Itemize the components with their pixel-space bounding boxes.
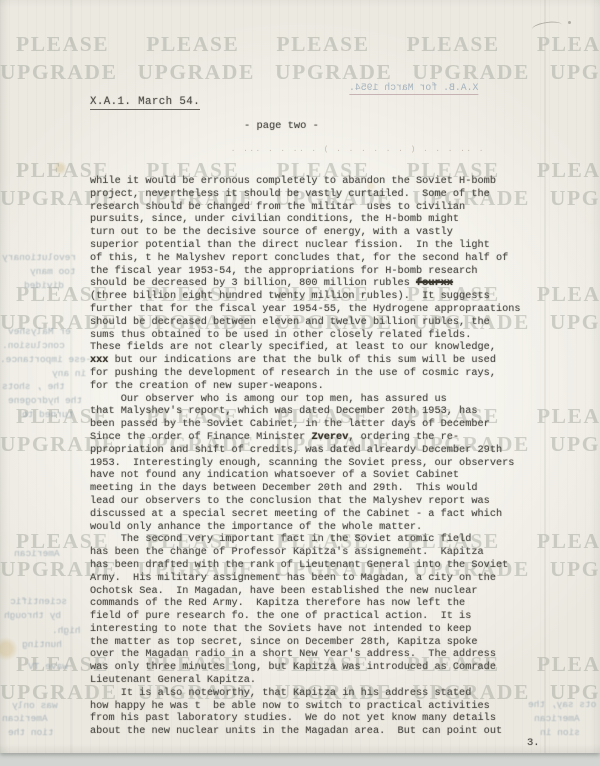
text-line: superior potential than the direct nucle… [90,239,570,252]
document-body: while it would be erronous completely to… [90,175,570,738]
text-line: The second very important fact in the So… [90,533,570,546]
page-number: 3. [527,737,540,749]
text-line: turn out to be the decisive source of en… [90,226,570,239]
text-line: Since the order of Finance Minister Zver… [90,431,570,444]
text-line: over the Magadan radio in a short New Ye… [90,648,570,661]
text-line: interesting to note that the Soviets hav… [90,623,570,636]
paper-sheet: PLEASE PLEASE PLEASE PLEASE PLEASEUPGRAD… [0,0,600,753]
text-line: research should be changed from the mili… [90,201,570,214]
page-label: - page two - [244,120,319,132]
scanned-document-page: PLEASE PLEASE PLEASE PLEASE PLEASEUPGRAD… [0,0,600,766]
text-line: (three billion eight hundred twenty mill… [90,290,570,303]
text-line: for pushing the development of research … [90,367,570,380]
document-reference: X.A.1. March 54. [90,96,200,110]
text-line: xxx but our indications are that the bul… [90,354,570,367]
typewritten-content: X.A.1. March 54. - page two - while it w… [0,0,600,753]
text-line: Army. His military assignement has been … [90,572,570,585]
text-line: field of pure research fo. the one of pr… [90,610,570,623]
text-line: the fiscal year 1953-54, the appropriati… [90,265,570,278]
text-line: further that for the fiscal year 1954-55… [90,303,570,316]
text-line: for the creation of new super-weapons. [90,380,570,393]
text-line: commands of the Red Army. Kapitza theref… [90,597,570,610]
text-line: of this, t he Malyshev report concludes … [90,252,570,265]
text-line: Lieutenant General Kapitza. [90,674,570,687]
text-line: It is also noteworthy, that Kapitza in h… [90,687,570,700]
text-line: how happy he was t be able now to switch… [90,700,570,713]
text-line: should be decreased between eleven and t… [90,316,570,329]
text-line: Ochotsk Sea. In Magadan, have been estab… [90,585,570,598]
text-line: ppropriation and shift of credits, was d… [90,444,570,457]
text-line: discussed at a special secret meeting of… [90,508,570,521]
text-line: sums thus obtained to be used in other c… [90,329,570,342]
text-line: pursuits, since, under civilian conditio… [90,213,570,226]
text-line: that Malyshev's report, which was dated … [90,405,570,418]
text-line: should be decreased by 3 billion, 800 mi… [90,277,570,290]
text-line: have not found any indication whatsoever… [90,469,570,482]
text-line: meeting in the days between December 20t… [90,482,570,495]
text-line: Our observer who is among our top men, h… [90,393,570,406]
text-line: 1953. Interestingly enough, scanning the… [90,457,570,470]
text-line: has been drafted with the rank of Lieute… [90,559,570,572]
text-line: lead our observers to the conclusion tha… [90,495,570,508]
text-line: the matter as top secret, since on Decem… [90,636,570,649]
text-line: about the new nuclear units in the Magad… [90,725,570,738]
text-line: project, nevertheless it should be vastl… [90,188,570,201]
text-line: has been the change of Professor Kapitza… [90,546,570,559]
text-line: been passed by the Soviet Cabinet, in th… [90,418,570,431]
text-line: These fields are not clearly specified, … [90,341,570,354]
text-line: from his past laboratory studies. We do … [90,712,570,725]
text-line: while it would be erronous completely to… [90,175,570,188]
text-line: would only anhance the importance of the… [90,521,570,534]
text-line: was only three minutes long, but Kapitza… [90,661,570,674]
